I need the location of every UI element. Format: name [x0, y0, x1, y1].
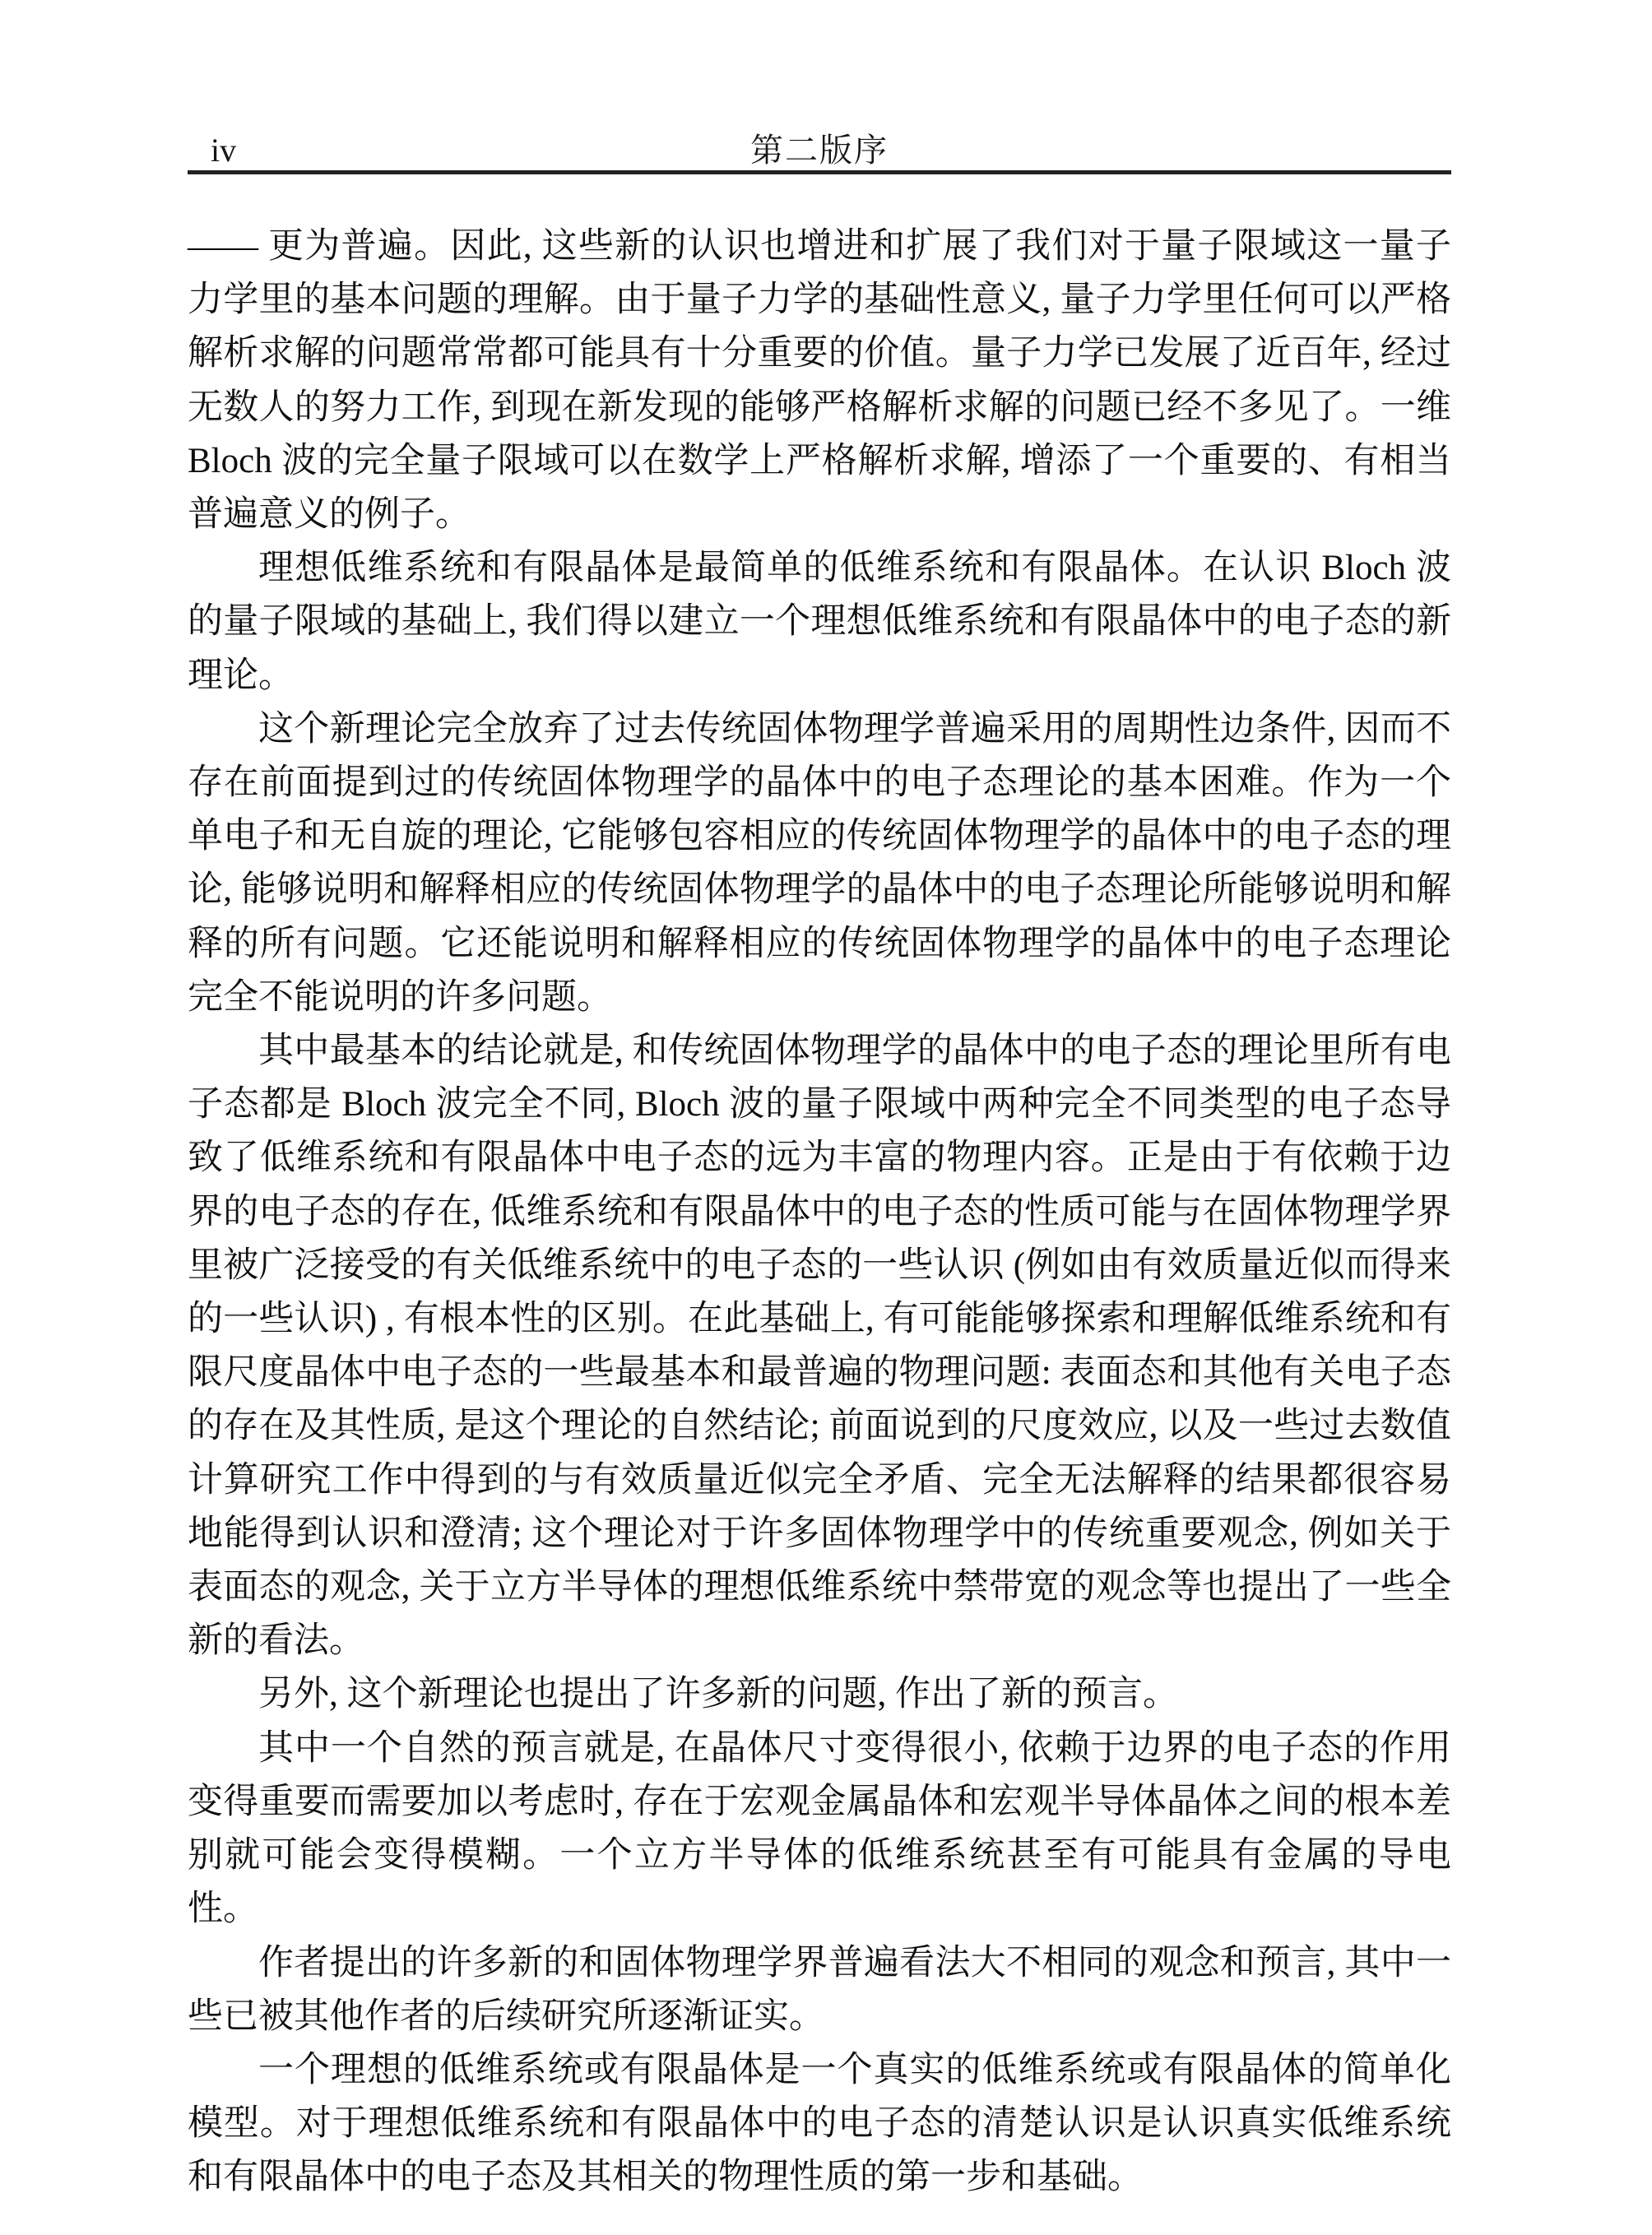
body-text: —— 更为普遍。因此, 这些新的认识也增进和扩展了我们对于量子限域这一量子力学里… — [188, 220, 1451, 2205]
paragraph: 其中一个自然的预言就是, 在晶体尺寸变得很小, 依赖于边界的电子态的作用变得重要… — [188, 1722, 1451, 1936]
header-rule — [188, 170, 1451, 174]
paragraph: 另外, 这个新理论也提出了许多新的问题, 作出了新的预言。 — [188, 1667, 1451, 1721]
header-title: 第二版序 — [188, 132, 1451, 169]
paragraph: 其中最基本的结论就是, 和传统固体物理学的晶体中的电子态的理论里所有电子态都是 … — [188, 1024, 1451, 1667]
running-header: iv 第二版序 — [188, 132, 1451, 169]
paragraph-continuation: —— 更为普遍。因此, 这些新的认识也增进和扩展了我们对于量子限域这一量子力学里… — [188, 220, 1451, 541]
paragraph: 这个新理论完全放弃了过去传统固体物理学普遍采用的周期性边条件, 因而不存在前面提… — [188, 702, 1451, 1024]
book-page: iv 第二版序 —— 更为普遍。因此, 这些新的认识也增进和扩展了我们对于量子限… — [0, 0, 1652, 2235]
paragraph: 一个理想的低维系统或有限晶体是一个真实的低维系统或有限晶体的简单化模型。对于理想… — [188, 2043, 1451, 2205]
paragraph: 理想低维系统和有限晶体是最简单的低维系统和有限晶体。在认识 Bloch 波的量子… — [188, 541, 1451, 702]
paragraph: 作者提出的许多新的和固体物理学界普遍看法大不相同的观念和预言, 其中一些已被其他… — [188, 1936, 1451, 2043]
